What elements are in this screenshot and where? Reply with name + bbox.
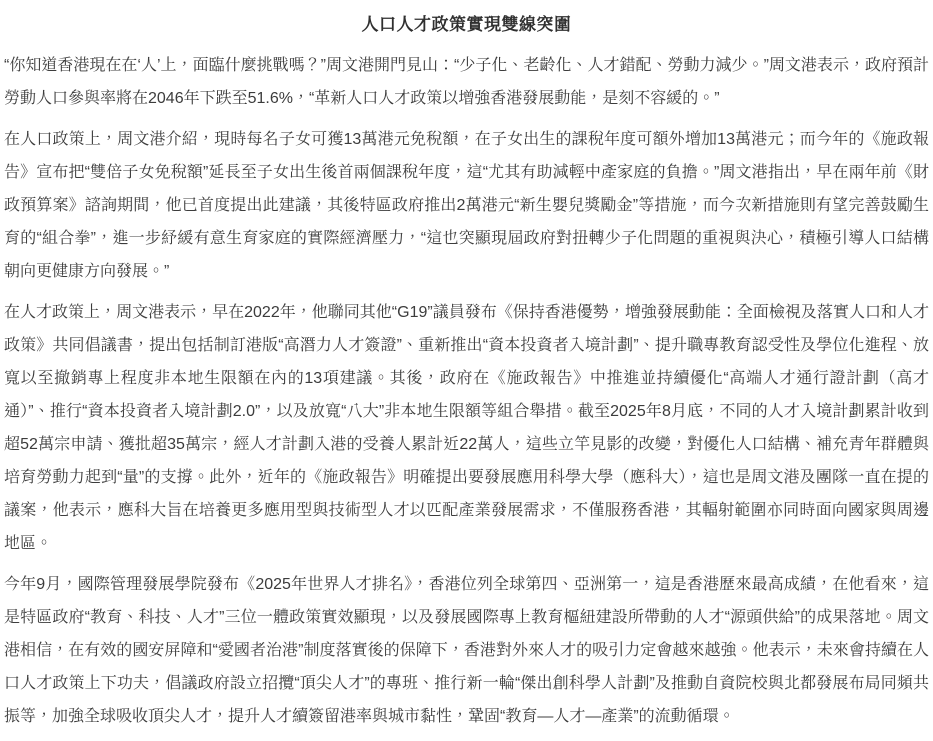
paragraph: 在人口政策上，周文港介紹，現時每名子女可獲13萬港元免稅額，在子女出生的課稅年度… [4,123,929,288]
paragraph: 今年9月，國際管理發展學院發布《2025年世界人才排名》，香港位列全球第四、亞洲… [4,568,929,733]
paragraph: “你知道香港現在在‘人’上，面臨什麼挑戰嗎？”周文港開門見山：“少子化、老齡化、… [4,49,929,115]
paragraph: 在人才政策上，周文港表示，早在2022年，他聯同其他“G19”議員發布《保持香港… [4,296,929,560]
article-title: 人口人才政策實現雙線突圍 [4,12,929,38]
article-body: “你知道香港現在在‘人’上，面臨什麼挑戰嗎？”周文港開門見山：“少子化、老齡化、… [4,49,929,733]
article: 人口人才政策實現雙線突圍 “你知道香港現在在‘人’上，面臨什麼挑戰嗎？”周文港開… [0,0,933,733]
